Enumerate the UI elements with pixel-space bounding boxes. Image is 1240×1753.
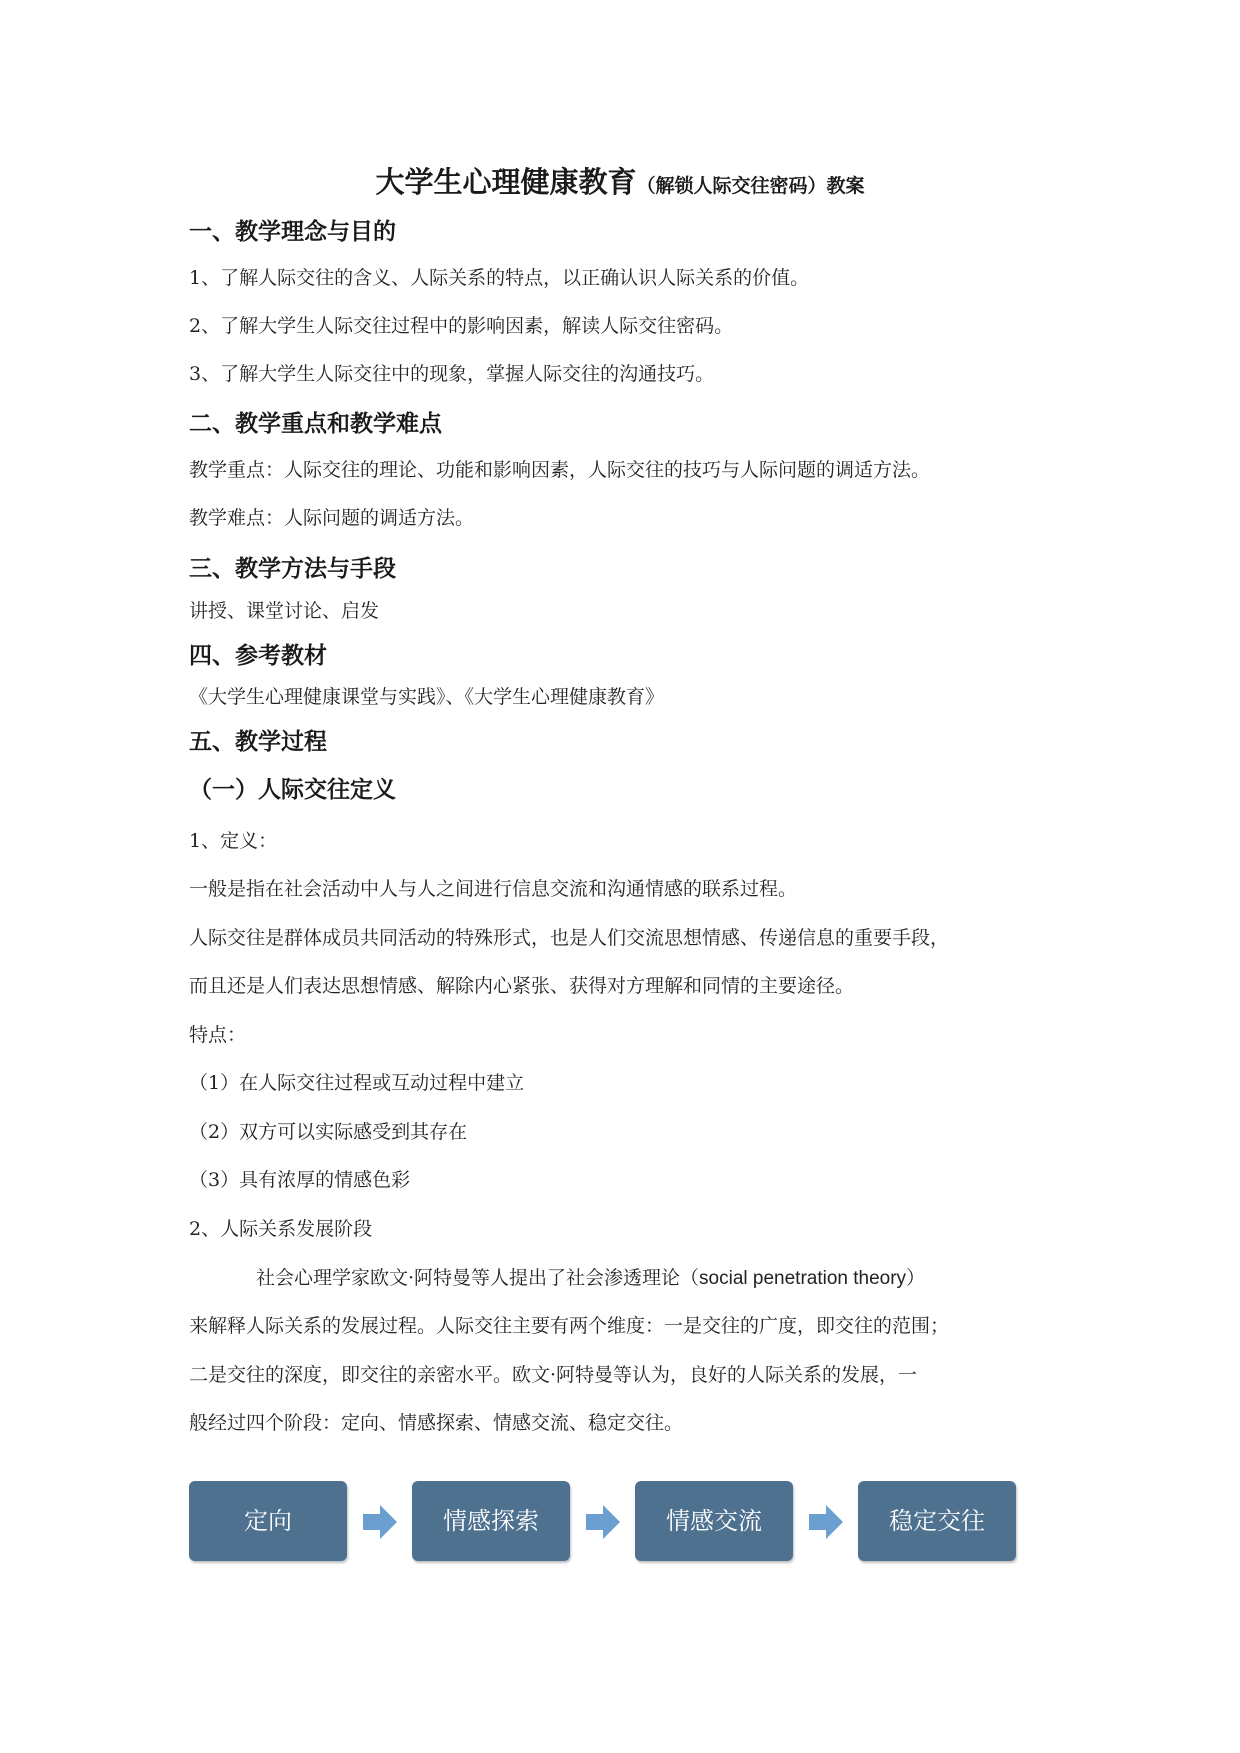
document-title: 大学生心理健康教育（解锁人际交往密码）教案 <box>0 162 1240 207</box>
section-heading-1: 一、教学理念与目的 <box>189 216 396 248</box>
theory-english-name: social penetration theory <box>699 1268 906 1289</box>
stages-paragraph: 般经过四个阶段：定向、情感探索、情感交流、稳定交往。 <box>189 1409 683 1437</box>
right-arrow-icon <box>586 1505 620 1539</box>
stage-flow-diagram: 定向 情感探索 情感交流 稳定交往 <box>189 1481 1029 1561</box>
section-heading-2: 二、教学重点和教学难点 <box>189 408 442 440</box>
definition-paragraph: 而且还是人们表达思想情感、解除内心紧张、获得对方理解和同情的主要途径。 <box>189 972 854 1000</box>
objective-item: 1、了解人际交往的含义、人际关系的特点，以正确认识人际关系的价值。 <box>189 264 809 292</box>
section-heading-5: 五、教学过程 <box>189 726 327 758</box>
objective-item: 2、了解大学生人际交往过程中的影响因素，解读人际交往密码。 <box>189 312 733 340</box>
stages-text: 社会心理学家欧文·阿特曼等人提出了社会渗透理论（ <box>256 1267 699 1289</box>
stage-box-exploration: 情感探索 <box>412 1481 570 1561</box>
feature-item: （1）在人际交往过程或互动过程中建立 <box>189 1069 524 1097</box>
document-page: 大学生心理健康教育（解锁人际交往密码）教案 一、教学理念与目的 1、了解人际交往… <box>0 0 1240 1753</box>
stage-box-orientation: 定向 <box>189 1481 347 1561</box>
definition-paragraph: 人际交往是群体成员共同活动的特殊形式，也是人们交流思想情感、传递信息的重要手段， <box>189 924 949 952</box>
stages-text: ） <box>906 1267 925 1289</box>
stages-label: 2、人际关系发展阶段 <box>189 1215 372 1243</box>
section-heading-4: 四、参考教材 <box>189 640 327 672</box>
stages-paragraph: 来解释人际关系的发展过程。人际交往主要有两个维度：一是交往的广度，即交往的范围； <box>189 1312 949 1340</box>
section-heading-3: 三、教学方法与手段 <box>189 553 396 585</box>
methods-text: 讲授、课堂讨论、启发 <box>189 597 379 625</box>
references-text: 《大学生心理健康课堂与实践》、《大学生心理健康教育》 <box>189 683 664 711</box>
stage-box-exchange: 情感交流 <box>635 1481 793 1561</box>
difficulties-text: 教学难点：人际问题的调适方法。 <box>189 504 474 532</box>
key-points-text: 教学重点：人际交往的理论、功能和影响因素，人际交往的技巧与人际问题的调适方法。 <box>189 456 930 484</box>
stages-paragraph: 二是交往的深度，即交往的亲密水平。欧文·阿特曼等认为，良好的人际关系的发展，一 <box>189 1361 917 1389</box>
stage-box-stable: 稳定交往 <box>858 1481 1016 1561</box>
right-arrow-icon <box>363 1505 397 1539</box>
definition-label: 1、定义： <box>189 827 277 855</box>
features-label: 特点： <box>189 1021 246 1049</box>
stages-paragraph: 社会心理学家欧文·阿特曼等人提出了社会渗透理论（social penetrati… <box>256 1264 925 1293</box>
title-main: 大学生心理健康教育 <box>375 165 636 199</box>
objective-item: 3、了解大学生人际交往中的现象，掌握人际交往的沟通技巧。 <box>189 360 714 388</box>
feature-item: （2）双方可以实际感受到其存在 <box>189 1118 467 1146</box>
right-arrow-icon <box>809 1505 843 1539</box>
subsection-heading: （一）人际交往定义 <box>189 774 396 806</box>
definition-paragraph: 一般是指在社会活动中人与人之间进行信息交流和沟通情感的联系过程。 <box>189 875 797 903</box>
feature-item: （3）具有浓厚的情感色彩 <box>189 1166 410 1194</box>
title-subtitle: （解锁人际交往密码）教案 <box>637 175 865 197</box>
